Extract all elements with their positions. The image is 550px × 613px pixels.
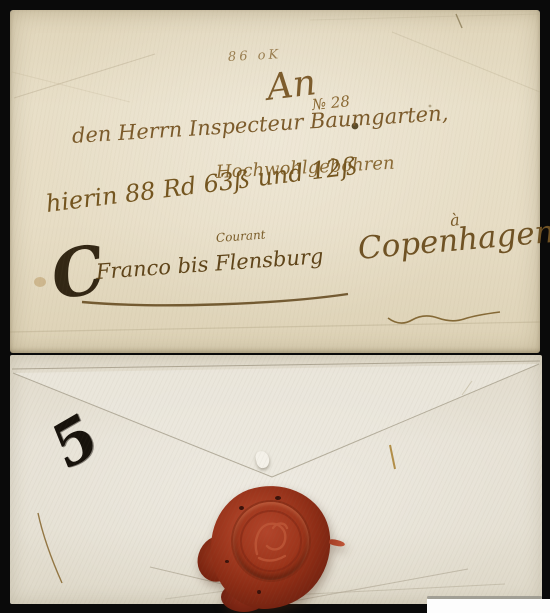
docket-number: 86 oK: [228, 47, 282, 65]
wax-speck: [225, 560, 229, 563]
paper-stain: [34, 277, 46, 287]
paper-nub: [254, 450, 270, 469]
recipient-line: den Herrn Inspecteur Baumgarten,: [71, 101, 449, 148]
routing-line: Franco bis Flensburg: [95, 244, 324, 284]
postal-rate-mark: 5: [44, 399, 107, 485]
destination-underline-flourish: [388, 312, 500, 323]
wax-seal: [211, 486, 331, 608]
contents-value-line: hierin 88 Rd 63ß und 12ß: [44, 152, 359, 218]
flap-edge-right: [272, 364, 539, 477]
crease-line: [392, 32, 540, 92]
destination-city: Copenhagen: [356, 214, 550, 267]
currency-note: Courant: [216, 228, 266, 245]
crease-line: [10, 322, 540, 332]
seal-monogram: [233, 502, 309, 580]
letter-back: 5: [10, 355, 542, 604]
wax-speck: [257, 590, 261, 594]
crease-line: [310, 14, 540, 20]
fold-edge: [12, 361, 540, 369]
scanned-letter-image: 86 oK An № 28 den Herrn Inspecteur Baumg…: [0, 0, 550, 613]
letter-front: 86 oK An № 28 den Herrn Inspecteur Baumg…: [10, 10, 540, 353]
stray-ink-stroke: [390, 445, 395, 469]
wax-speck: [275, 496, 281, 500]
crease-line: [462, 381, 472, 395]
crease-line: [12, 72, 130, 102]
crease-line: [14, 54, 155, 98]
wax-seal-impression: [233, 502, 309, 580]
address-salutation: An: [265, 62, 319, 109]
stray-pen-mark: [456, 14, 462, 28]
routing-underline-stroke: [82, 294, 348, 305]
wax-speck: [239, 506, 244, 510]
wax-thread: [329, 538, 346, 547]
stray-ink-stroke: [38, 513, 62, 583]
scanner-white-notch: [427, 599, 550, 613]
